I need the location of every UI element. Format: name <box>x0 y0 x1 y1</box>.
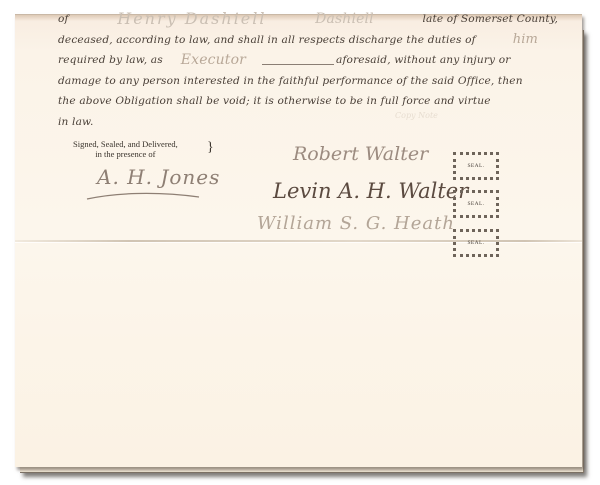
attestation-clause: Signed, Sealed, and Delivered, in the pr… <box>73 139 178 159</box>
printed-text: the above Obligation shall be void; it i… <box>58 91 491 112</box>
seal-label: SEAL. <box>467 201 484 207</box>
body-line-6: in law. <box>58 112 558 133</box>
printed-text: aforesaid, without any injury or <box>336 50 510 71</box>
handwritten-name: Henry Dashiell <box>117 9 266 30</box>
signature-flourish <box>85 189 201 203</box>
seal-box-1: SEAL. <box>453 152 499 180</box>
body-line-5: the above Obligation shall be void; it i… <box>58 91 558 112</box>
attestation-brace: } <box>207 139 214 157</box>
printed-text: in law. <box>58 112 94 133</box>
printed-text: deceased, according to law, and shall in… <box>58 30 476 51</box>
attestation-line-1: Signed, Sealed, and Delivered, <box>73 139 178 149</box>
seal-label: SEAL. <box>467 163 484 169</box>
handwritten-word: him <box>513 30 538 51</box>
seal-box-2: SEAL. <box>453 190 499 218</box>
signature-3: William S. G. Heath <box>257 213 455 234</box>
seal-box-3: SEAL. <box>453 229 499 257</box>
bond-body-text: of Henry Dashiell Dashiell late of Somer… <box>58 9 558 132</box>
signature-1: Robert Walter <box>293 143 428 165</box>
attestation-line-2: in the presence of <box>73 149 178 159</box>
printed-text: of <box>58 9 69 30</box>
handwritten-word: Executor <box>181 50 246 71</box>
body-line-3: required by law, as Executor aforesaid, … <box>58 50 558 71</box>
bleed-through-text: Copy Note <box>395 111 438 120</box>
document-page: of Henry Dashiell Dashiell late of Somer… <box>15 14 582 467</box>
body-line-2: deceased, according to law, and shall in… <box>58 30 558 51</box>
body-line-4: damage to any person interested in the f… <box>58 71 558 92</box>
witness-signature: A. H. Jones <box>97 165 220 189</box>
printed-text: required by law, as <box>58 50 163 71</box>
printed-text: damage to any person interested in the f… <box>58 71 523 92</box>
body-line-1: of Henry Dashiell Dashiell late of Somer… <box>58 9 558 30</box>
printed-text: late of Somerset County, <box>422 9 558 30</box>
fill-line <box>262 50 334 65</box>
signature-2: Levin A. H. Walter <box>273 179 468 203</box>
handwritten-name: Dashiell <box>315 9 374 30</box>
seal-label: SEAL. <box>467 240 484 246</box>
